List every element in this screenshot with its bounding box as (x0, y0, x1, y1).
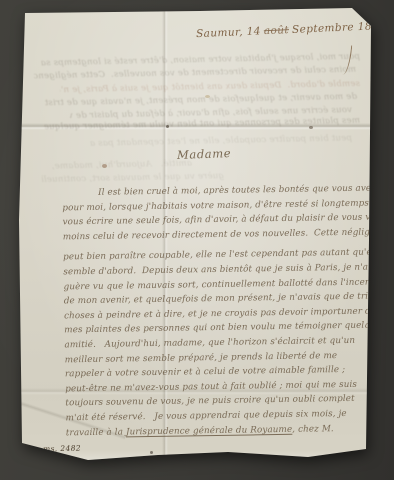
closing-pre: travaille à la (66, 427, 126, 438)
dateline-struck-word: août (264, 24, 290, 37)
paper-shadow-wrap: pour moi, lorsque j'habitais votre maiso… (0, 0, 394, 480)
letter-paper: pour moi, lorsque j'habitais votre maiso… (0, 0, 394, 480)
fold-crease-horizontal (18, 123, 372, 130)
ink-showthrough-line: guère vu que le mauvais sort, continuell… (42, 171, 224, 185)
dateline-month-year: Septembre 1829 (292, 20, 387, 36)
archive-note: ms. 2482 (43, 444, 81, 454)
closing-post: , chez M. (292, 424, 334, 435)
ink-showthrough-line: vous écrire une seule fois, afin d'avoir… (70, 105, 352, 121)
underlined-title: Jurisprudence générale du Royaume (126, 424, 293, 437)
letter-body: Il est bien cruel à moi, après toutes le… (62, 184, 368, 443)
ink-showthrough-line: moins celui de recevoir directement de v… (34, 65, 356, 82)
ink-showthrough-line: amitié. Aujourd'hui, madame, que l'horiz… (50, 159, 192, 172)
salutation: Madame (177, 146, 232, 162)
ink-flourish-stroke (343, 45, 353, 75)
ink-showthrough-line: pour moi, lorsque j'habitais votre maiso… (40, 52, 360, 69)
dateline-place-day: Saumur, 14 (196, 25, 261, 40)
paper-stain (150, 451, 153, 454)
ink-showthrough-line: semble d'abord. Depuis deux ans bientôt … (60, 79, 360, 95)
paper-stain (309, 126, 313, 129)
paper-stain (205, 95, 210, 98)
dateline: Saumur, 14aoûtSeptembre 1829 (196, 20, 386, 40)
letter-scan-background: pour moi, lorsque j'habitais votre maiso… (0, 0, 394, 480)
paper-stain (166, 125, 169, 128)
paper-stain (102, 164, 107, 168)
ink-showthrough-line: de mon avenir, et quelquefois de mon pré… (45, 92, 357, 109)
